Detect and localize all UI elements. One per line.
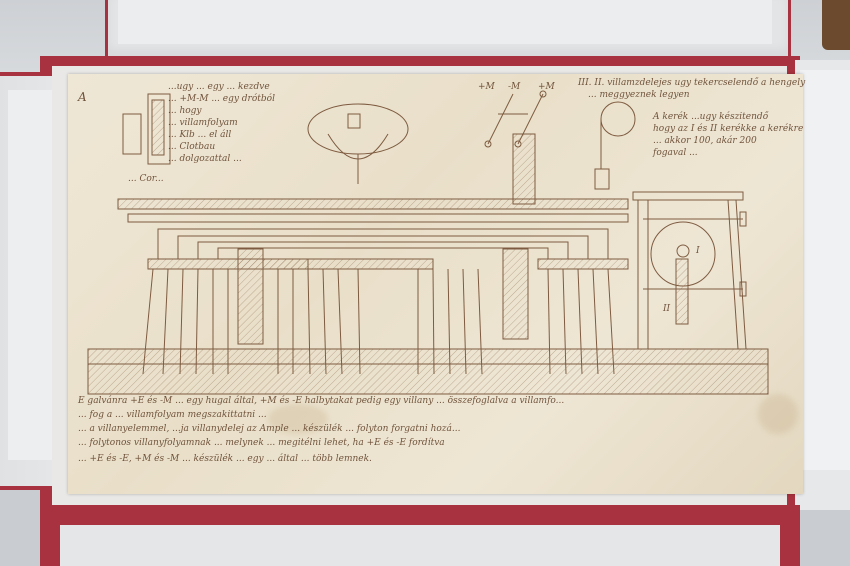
- handwritten-paragraph-line: E galvánra +E és -M ... egy hugal által,…: [78, 396, 564, 407]
- label-a: A: [78, 92, 87, 103]
- manuscript-sheet: A ...ugy ... egy ... kezdve ... +M-M ...…: [68, 74, 803, 494]
- terminal-label: +M: [538, 82, 555, 93]
- handwritten-note: ... dolgozattal ...: [168, 154, 242, 165]
- wooden-object-corner: [822, 0, 850, 50]
- wheel-label: II: [663, 304, 670, 315]
- handwritten-note: ...ugy ... egy ... kezdve: [168, 82, 270, 93]
- handwritten-note: ... Cor...: [128, 174, 164, 185]
- handwritten-note: ... meggyeznek legyen: [588, 90, 690, 101]
- folder-bottom-flap-paper: [60, 525, 780, 566]
- folder-right-flap-paper: [800, 70, 850, 470]
- handwritten-note: ... Clotbau: [168, 142, 215, 153]
- handwritten-paragraph-line: ... fog a ... villamfolyam megszakittatn…: [78, 410, 267, 421]
- handwritten-note: ... Klb ... el áll: [168, 130, 231, 141]
- handwritten-note: III. II. villamzdelejes ugy tekercselend…: [578, 78, 805, 89]
- handwritten-note: A kerék ...ugy készitendő: [653, 112, 768, 123]
- handwritten-paragraph-line: ... +E és -E, +M és -M ... készülék ... …: [78, 454, 372, 465]
- terminal-label: +M: [478, 82, 495, 93]
- handwritten-paragraph-line: ... a villanyelemmel, ...ja villanydelej…: [78, 424, 460, 435]
- handwritten-note: hogy az I és II kerékke a kerékre: [653, 124, 803, 135]
- handwritten-note: ... hogy: [168, 106, 202, 117]
- terminal-label: -M: [508, 82, 520, 93]
- handwritten-note: ... villamfolyam: [168, 118, 238, 129]
- folder-top-flap-paper: [118, 0, 772, 44]
- wheel-label: I: [696, 246, 700, 257]
- handwritten-note: ... akkor 100, akár 200: [653, 136, 757, 147]
- handwritten-paragraph-line: ... folytonos villanyfolyamnak ... melyn…: [78, 438, 445, 449]
- handwritten-note: ... +M-M ... egy drótból: [168, 94, 275, 105]
- handwritten-note: fogaval ...: [653, 148, 698, 159]
